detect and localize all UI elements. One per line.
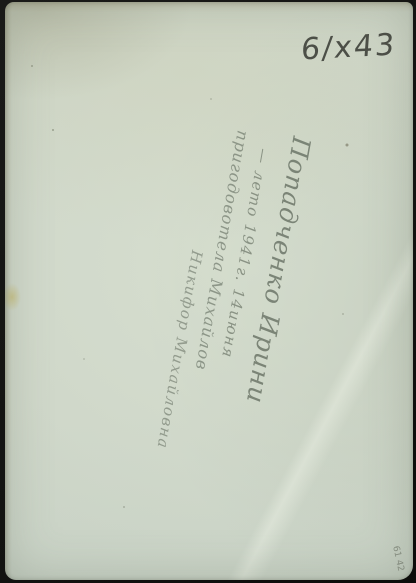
paper-specks — [5, 2, 7, 4]
corner-pencil-mark: 61 42 — [390, 545, 405, 572]
scan-backdrop: 6/x43 Попадченко Ирини — лето 1941г. 14и… — [0, 0, 416, 583]
handwritten-inscription: Попадченко Ирини — лето 1941г. 14июня пр… — [121, 88, 321, 467]
catalog-code-annotation: 6/x43 — [300, 27, 397, 67]
photo-card-verso: 6/x43 Попадченко Ирини — лето 1941г. 14и… — [5, 2, 413, 580]
